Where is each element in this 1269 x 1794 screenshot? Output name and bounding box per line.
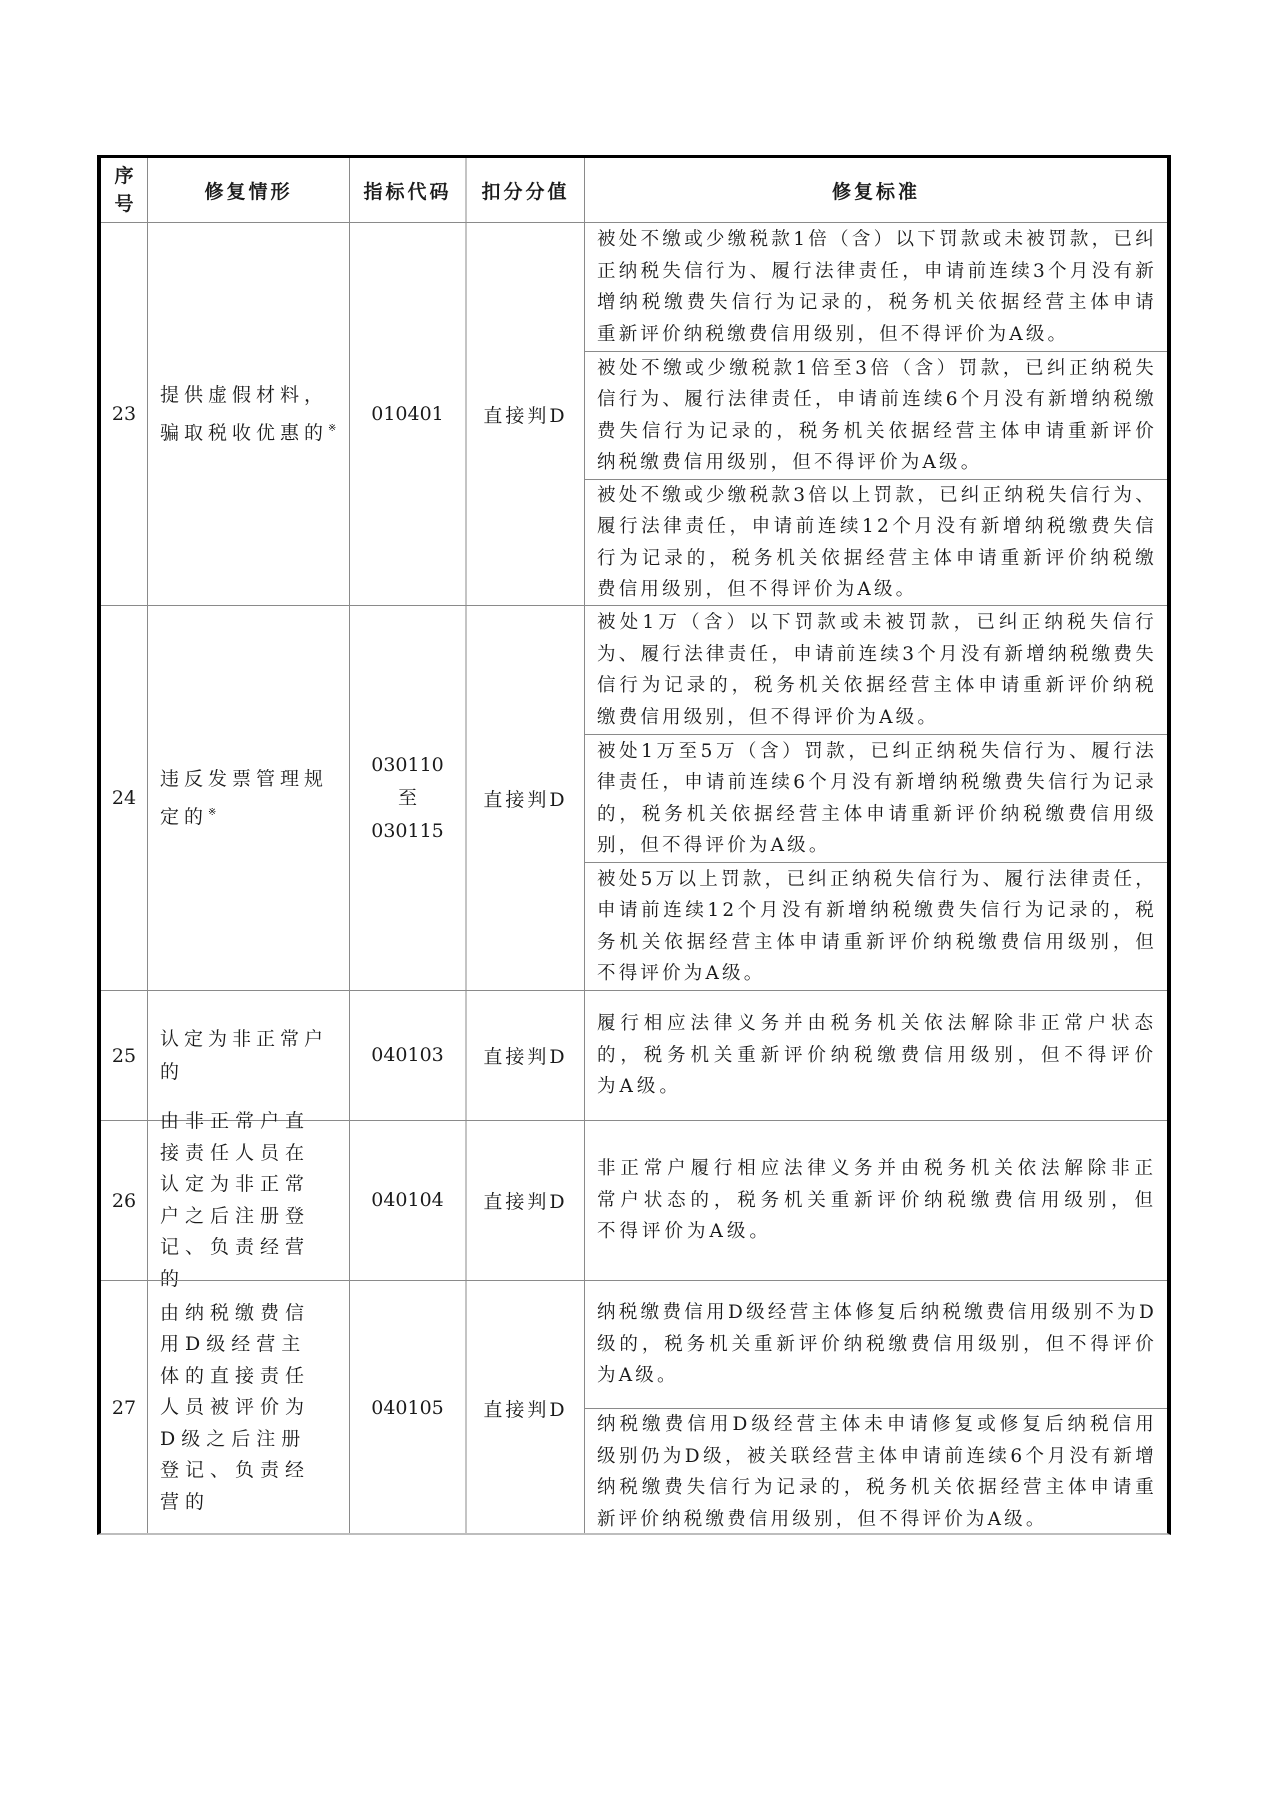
row-27-situation: 由纳税缴费信用D级经营主体的直接责任人员被评价为D级之后注册登记、负责经营的	[148, 1281, 349, 1535]
row-23-deduction: 直接判D	[467, 223, 584, 605]
row-24-standard-1: 被处1万（含）以下罚款或未被罚款，已纠正纳税失信行为、履行法律责任，申请前连续3…	[585, 606, 1167, 734]
row-27-standard-2: 纳税缴费信用D级经营主体未申请修复或修复后纳税信用级别仍为D级，被关联经营主体申…	[585, 1409, 1167, 1535]
header-situation: 修复情形	[148, 158, 349, 222]
note-mark: ※	[328, 423, 336, 434]
row-26-seq: 26	[101, 1121, 147, 1280]
note-mark: ※	[208, 807, 216, 818]
header-code: 指标代码	[350, 158, 465, 222]
row-24-code: 030110至030115	[350, 606, 465, 990]
row-25-standard-1: 履行相应法律义务并由税务机关依法解除非正常户状态的，税务机关重新评价纳税缴费信用…	[585, 991, 1167, 1120]
row-27-standard-1: 纳税缴费信用D级经营主体修复后纳税缴费信用级别不为D级的，税务机关重新评价纳税缴…	[585, 1281, 1167, 1408]
row-23-standard-2: 被处不缴或少缴税款1倍至3倍（含）罚款，已纠正纳税失信行为、履行法律责任，申请前…	[585, 352, 1167, 479]
row-25-seq: 25	[101, 991, 147, 1120]
header-standard: 修复标准	[585, 158, 1167, 222]
header-deduction: 扣分分值	[467, 158, 584, 222]
row-25-code: 040103	[350, 991, 465, 1120]
repair-standards-table: 序号 修复情形 指标代码 扣分分值 修复标准 23 提供虚假材料，骗取税收优惠的…	[97, 155, 1171, 1535]
row-27-deduction: 直接判D	[467, 1281, 584, 1535]
situation-text: 提供虚假材料，骗取税收优惠的	[160, 384, 328, 444]
row-24-deduction: 直接判D	[467, 606, 584, 990]
row-26-deduction: 直接判D	[467, 1121, 584, 1280]
row-23-standard-3: 被处不缴或少缴税款3倍以上罚款，已纠正纳税失信行为、履行法律责任，申请前连续12…	[585, 480, 1167, 605]
row-24-seq: 24	[101, 606, 147, 990]
row-25-situation: 认定为非正常户的	[148, 991, 349, 1120]
row-26-standard-1: 非正常户履行相应法律义务并由税务机关依法解除非正常户状态的，税务机关重新评价纳税…	[585, 1121, 1167, 1280]
row-27-seq: 27	[101, 1281, 147, 1535]
row-27-code: 040105	[350, 1281, 465, 1535]
row-24-situation: 违反发票管理规定的※	[148, 606, 349, 990]
row-23-situation: 提供虚假材料，骗取税收优惠的※	[148, 223, 349, 605]
row-23-code: 010401	[350, 223, 465, 605]
row-25-deduction: 直接判D	[467, 991, 584, 1120]
row-23-seq: 23	[101, 223, 147, 605]
header-seq: 序号	[101, 158, 147, 222]
row-26-code: 040104	[350, 1121, 465, 1280]
header-seq-label: 序号	[114, 162, 134, 218]
row-24-standard-3: 被处5万以上罚款，已纠正纳税失信行为、履行法律责任，申请前连续12个月没有新增纳…	[585, 863, 1167, 990]
situation-text: 违反发票管理规定的	[160, 768, 328, 828]
row-24-standard-2: 被处1万至5万（含）罚款，已纠正纳税失信行为、履行法律责任，申请前连续6个月没有…	[585, 735, 1167, 862]
row-23-standard-1: 被处不缴或少缴税款1倍（含）以下罚款或未被罚款，已纠正纳税失信行为、履行法律责任…	[585, 223, 1167, 351]
row-26-situation: 由非正常户直接责任人员在认定为非正常户之后注册登记、负责经营的	[148, 1121, 349, 1280]
